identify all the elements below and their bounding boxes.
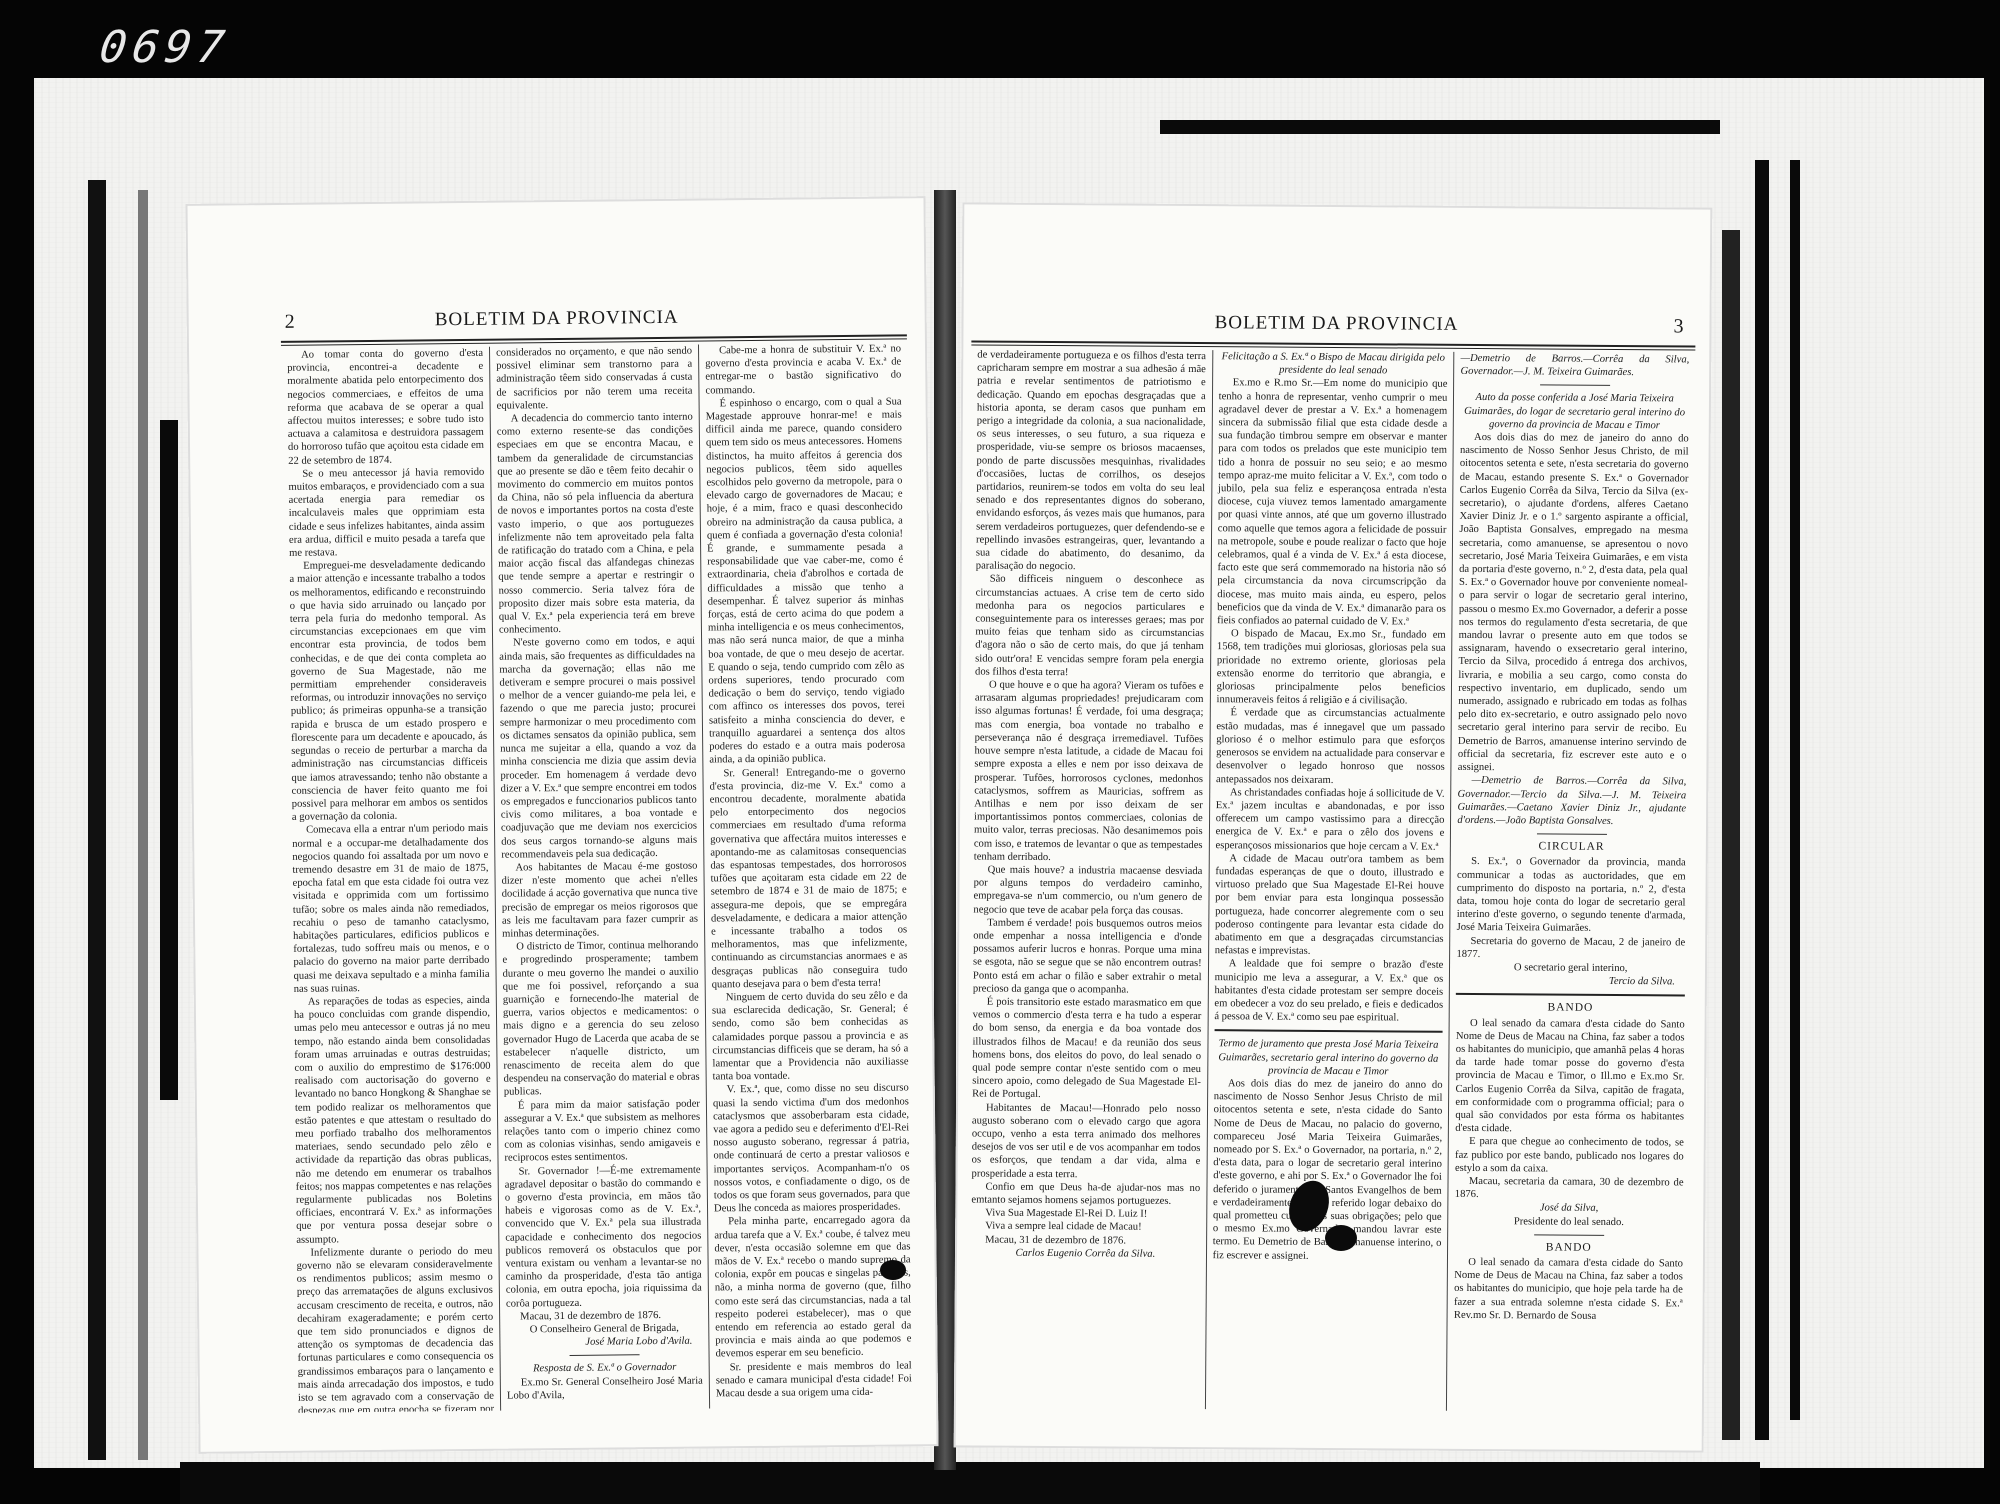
paragraph: Habitantes de Macau!—Honrado pelo nosso … xyxy=(972,1101,1201,1182)
scan-edge-bottom xyxy=(180,1462,1760,1504)
scan-edge-right xyxy=(1755,160,1769,1440)
paragraph: São difficeis ninguem o desconhece as ci… xyxy=(975,573,1204,680)
dateline: Secretaria do governo de Macau, 2 de jan… xyxy=(1456,934,1685,962)
signature-name: Carlos Eugenio Corrêa da Silva. xyxy=(971,1246,1200,1261)
paragraph: Tambem é verdade! pois busquemos outros … xyxy=(973,916,1202,997)
paragraph: considerados no orçamento, e que não sen… xyxy=(496,345,693,413)
section-divider xyxy=(1537,834,1607,835)
scan-edge-left xyxy=(88,180,106,1460)
paragraph: Sr. presidente e mais membros do leal se… xyxy=(716,1359,912,1401)
signature-name: José Maria Lobo d'Avila. xyxy=(506,1335,702,1350)
paragraph: E para que chegue ao conhecimento de tod… xyxy=(1455,1135,1684,1176)
paragraph: V. Ex.ª, que, como disse no seu discurso… xyxy=(713,1082,910,1216)
page-columns: Ao tomar conta do governo d'esta provinc… xyxy=(281,342,918,1412)
section-divider xyxy=(1540,385,1610,386)
column-2: Felicitação a S. Ex.ª o Bispo de Macau d… xyxy=(1206,350,1455,1411)
paragraph: Empreguei-me desveladamente dedicando a … xyxy=(289,558,488,824)
paragraph: Ex.mo e R.mo Sr.—Em nome do municipio qu… xyxy=(1217,377,1447,629)
section-divider xyxy=(1456,993,1685,997)
paragraph: Aos habitantes de Macau é-me gostoso diz… xyxy=(501,860,698,941)
paragraph: É pois transitorio este estado marasmati… xyxy=(972,995,1201,1102)
newspaper-page-3: BOLETIM DA PROVINCIA 3 de verdadeirament… xyxy=(954,202,1713,1452)
dateline: Macau, 31 de dezembro de 1876. xyxy=(971,1233,1200,1248)
ink-blot xyxy=(880,1260,906,1280)
paragraph: A lealdade que foi sempre o brazão d'est… xyxy=(1214,958,1443,1026)
paragraph: Aos dois dias do mez de janeiro do anno … xyxy=(1458,431,1689,776)
paragraph: Ao tomar conta do governo d'esta provinc… xyxy=(287,347,484,468)
reply-salutation: Ex.mo Sr. General Conselheiro José Maria… xyxy=(507,1374,703,1402)
section-divider xyxy=(1214,1030,1443,1034)
bando-heading: BANDO xyxy=(1454,1241,1683,1256)
paragraph: É espinhoso o encargo, com o qual a Sua … xyxy=(706,395,906,767)
dateline: Macau, secretaria da camara, 30 de dezem… xyxy=(1455,1175,1684,1203)
signatures: —Demetrio de Barros.—Corrêa da Silva, Go… xyxy=(1457,774,1686,828)
paragraph: de verdadeiramente portugueza e os filho… xyxy=(976,349,1206,575)
column-2: considerados no orçamento, e que não sen… xyxy=(490,345,710,1411)
paragraph: A decadencia do commercio tanto interno … xyxy=(497,411,695,637)
scan-edge-right-2 xyxy=(1790,160,1800,1420)
paragraph: Cabe-me a honra de substituir V. Ex.ª no… xyxy=(705,342,902,397)
paragraph: N'este governo como em todos, e aqui ain… xyxy=(499,635,697,861)
paragraph: Pela minha parte, encarregado agora da a… xyxy=(714,1214,912,1361)
paragraph: O districto de Timor, continua melhorand… xyxy=(502,939,700,1099)
column-1: de verdadeiramente portugueza e os filho… xyxy=(964,348,1213,1409)
cheer-line: Viva a sempre leal cidade de Macau! xyxy=(971,1220,1200,1235)
signatures: —Demetrio de Barros.—Corrêa da Silva, Go… xyxy=(1460,352,1689,380)
paragraph: Sr. Governador !—É-me extremamente agrad… xyxy=(505,1163,703,1310)
signature-name: Tercio da Silva. xyxy=(1456,974,1685,989)
paragraph: Sr. General! Entregando-me o governo d'e… xyxy=(709,765,907,991)
paragraph: Infelizmente durante o periodo do meu go… xyxy=(296,1245,494,1413)
paragraph: O leal senado da camara d'esta cidade do… xyxy=(1454,1256,1683,1324)
paragraph: O leal senado da camara d'esta cidade do… xyxy=(1455,1016,1684,1136)
paragraph: O bispado de Macau, Ex.mo Sr., fundado e… xyxy=(1217,627,1446,708)
masthead: BOLETIM DA PROVINCIA xyxy=(961,310,1711,341)
paragraph: É verdade que as circumstancias actualme… xyxy=(1216,707,1445,788)
scan-edge-left-inner xyxy=(138,190,148,1460)
paragraph: O que houve e o que ha agora? Vieram os … xyxy=(974,679,1204,865)
paragraph: As christandades confiadas hoje á sollic… xyxy=(1215,786,1444,854)
bando-heading: BANDO xyxy=(1456,1001,1685,1016)
oath-heading: Termo de juramento que presta José Maria… xyxy=(1214,1038,1443,1079)
newspaper-page-2: 2 BOLETIM DA PROVINCIA Ao tomar conta do… xyxy=(185,196,938,1454)
paragraph: É para mim da maior satisfação poder ass… xyxy=(504,1097,701,1165)
section-heading: Felicitação a S. Ex.ª o Bispo de Macau d… xyxy=(1219,350,1448,378)
paragraph: A cidade de Macau outr'ora tambem as bem… xyxy=(1215,852,1444,959)
microfilm-frame-number: 0697 xyxy=(96,22,233,73)
page-gutter xyxy=(934,190,956,1470)
column-3: —Demetrio de Barros.—Corrêa da Silva, Go… xyxy=(1447,352,1695,1413)
ink-blot xyxy=(1325,1225,1357,1251)
scan-edge-left-2 xyxy=(160,420,178,1100)
page-columns: de verdadeiramente portugueza e os filho… xyxy=(964,348,1695,1412)
paragraph: Comecava ella a entrar n'um periodo mais… xyxy=(292,822,490,996)
paragraph: Que mais houve? a industria macaense des… xyxy=(973,863,1202,917)
paragraph: Se o meu antecessor já havia removido mu… xyxy=(288,466,485,560)
scan-edge-right-3 xyxy=(1722,230,1740,1440)
page-number: 3 xyxy=(1673,315,1683,338)
paragraph: Confio em que Deus ha-de ajudar-nos mas … xyxy=(971,1180,1200,1208)
paragraph: Ninguem de certo duvida do seu zêlo e da… xyxy=(712,989,909,1083)
masthead: BOLETIM DA PROVINCIA xyxy=(187,304,927,338)
column-1: Ao tomar conta do governo d'esta provinc… xyxy=(281,347,501,1413)
section-divider xyxy=(1534,1234,1604,1235)
auto-heading: Auto da posse conferida a José Maria Tei… xyxy=(1460,391,1689,432)
signature-title: Presidente do leal senado. xyxy=(1455,1214,1684,1229)
paragraph: S. Ex.ª, o Governador da provincia, mand… xyxy=(1457,855,1686,936)
paragraph: As reparações de todas as especies, aind… xyxy=(294,994,493,1247)
scan-edge-top-right xyxy=(1160,120,1720,134)
section-divider xyxy=(570,1355,640,1357)
column-3: Cabe-me a honra de substituir V. Ex.ª no… xyxy=(699,342,918,1408)
circular-heading: CIRCULAR xyxy=(1457,840,1686,855)
